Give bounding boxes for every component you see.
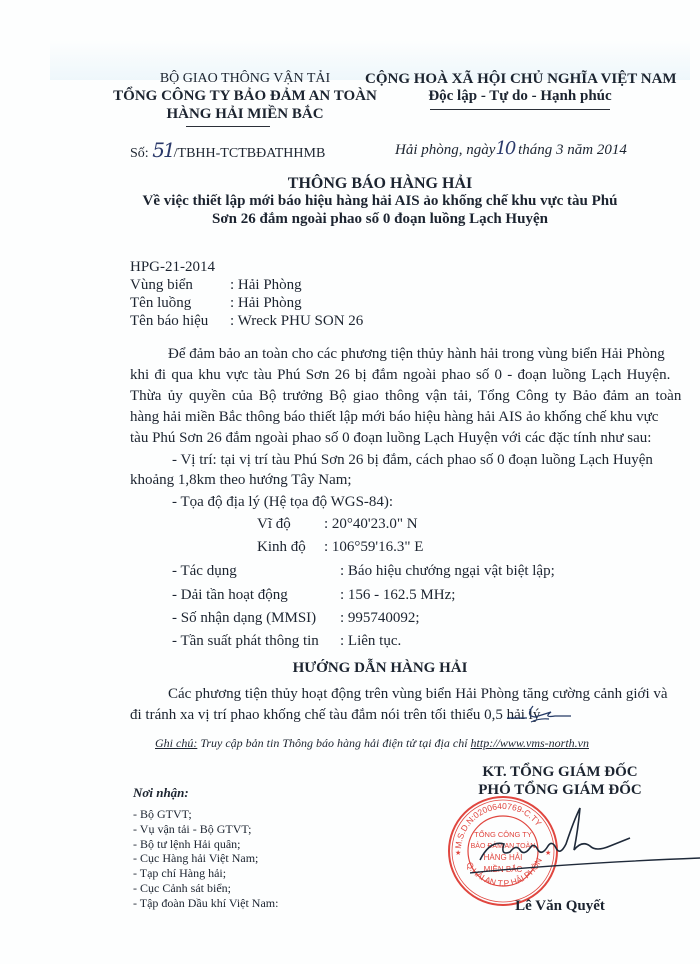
intro-line-4: hàng hải miền Bắc thông báo thiết lập mớ…	[130, 409, 658, 426]
document-date: Hải phòng, ngày10 tháng 3 năm 2014	[395, 138, 627, 159]
document-number-suffix: /TBHH-TCTBĐATHHMB	[174, 146, 326, 161]
website-link[interactable]: http://www.vms-north.vn	[471, 736, 589, 750]
intro-line-3: Thừa ủy quyền của Bộ trưởng Bộ giao thôn…	[130, 388, 681, 405]
organization-name-line1: TỔNG CÔNG TY BẢO ĐẢM AN TOÀN	[100, 88, 390, 105]
document-number: Số: 51/TBHH-TCTBĐATHHMB	[130, 138, 325, 162]
meta-label-channel: Tên luồng	[130, 295, 191, 312]
property-value-function: : Báo hiệu chướng ngại vật biệt lập;	[340, 563, 555, 580]
notice-title: THÔNG BÁO HÀNG HẢI	[100, 175, 660, 193]
signatory-on-behalf: KT. TỔNG GIÁM ĐỐC	[460, 764, 660, 781]
country-name: CỘNG HOÀ XÃ HỘI CHỦ NGHĨA VIỆT NAM	[365, 71, 675, 88]
longitude-value: : 106°59'16.3" E	[324, 539, 423, 556]
meta-value-signal-name: : Wreck PHU SON 26	[230, 313, 363, 330]
note-text: Truy cập bản tin Thông báo hàng hải điện…	[197, 736, 470, 750]
header-right-underline	[430, 109, 610, 110]
latitude-value: : 20°40'23.0" N	[324, 516, 418, 533]
initials-scribble-icon	[505, 700, 575, 726]
notice-subject-line2: Sơn 26 đắm ngoài phao số 0 đoạn luồng Lạ…	[100, 211, 660, 228]
header-left-underline	[186, 126, 270, 127]
guidance-line-2: đi tránh xa vị trí phao khống chế tàu đắ…	[130, 707, 540, 724]
recipient-item: - Tạp chí Hàng hải;	[133, 866, 278, 881]
position-line-1: - Vị trí: tại vị trí tàu Phú Sơn 26 bị đ…	[172, 452, 653, 469]
ministry-name: BỘ GIAO THÔNG VẬN TẢI	[100, 71, 390, 87]
property-label-function: - Tác dụng	[172, 563, 237, 580]
intro-line-1: Để đảm bảo an toàn cho các phương tiện t…	[168, 346, 665, 363]
recipient-item: - Cục Hàng hải Việt Nam;	[133, 851, 278, 866]
organization-name-line2: HÀNG HẢI MIỀN BẮC	[100, 106, 390, 123]
meta-label-region: Vùng biển	[130, 277, 193, 294]
intro-line-5: tàu Phú Sơn 26 đắm ngoài phao số 0 đoạn …	[130, 430, 651, 447]
notice-code: HPG-21-2014	[130, 259, 215, 276]
coordinates-heading: - Tọa độ địa lý (Hệ tọa độ WGS-84):	[172, 494, 393, 511]
recipient-item: - Vụ vận tải - Bộ GTVT;	[133, 822, 278, 837]
position-line-2: khoảng 1,8km theo hướng Tây Nam;	[130, 472, 352, 489]
document-number-prefix: Số:	[130, 146, 152, 161]
date-prefix: Hải phòng, ngày	[395, 142, 495, 158]
longitude-label: Kinh độ	[257, 539, 306, 556]
intro-line-2: khi đi qua khu vực tàu Phú Sơn 26 bị đắm…	[130, 367, 670, 384]
recipient-item: - Bộ tư lệnh Hải quân;	[133, 837, 278, 852]
note-label: Ghi chú:	[155, 736, 197, 750]
recipients-heading: Nơi nhận:	[133, 785, 189, 801]
svg-text:★: ★	[455, 849, 461, 857]
recipients-list: - Bộ GTVT; - Vụ vận tải - Bộ GTVT; - Bộ …	[133, 807, 278, 911]
guidance-line-1: Các phương tiện thủy hoạt động trên vùng…	[168, 686, 668, 703]
meta-value-region: : Hải Phòng	[230, 277, 302, 294]
meta-value-channel: : Hải Phòng	[230, 295, 302, 312]
meta-label-signal-name: Tên báo hiệu	[130, 313, 208, 330]
document-number-handwritten: 51	[152, 138, 173, 162]
property-value-mmsi: : 995740092;	[340, 610, 420, 627]
property-value-frequency: : 156 - 162.5 MHz;	[340, 587, 455, 604]
recipient-item: - Tập đoàn Dầu khí Việt Nam:	[133, 896, 278, 911]
signatory-name: Lê Văn Quyết	[480, 898, 640, 915]
property-value-transmit: : Liên tục.	[340, 633, 401, 650]
date-suffix: tháng 3 năm 2014	[514, 142, 627, 158]
property-label-frequency: - Dải tần hoạt động	[172, 587, 288, 604]
notice-subject-line1: Về việc thiết lập mới báo hiệu hàng hải …	[100, 193, 660, 210]
property-label-mmsi: - Số nhận dạng (MMSI)	[172, 610, 316, 627]
recipient-item: - Bộ GTVT;	[133, 807, 278, 822]
recipient-item: - Cục Cảnh sát biển;	[133, 881, 278, 896]
latitude-label: Vĩ độ	[257, 516, 291, 533]
property-label-transmit: - Tần suất phát thông tin	[172, 633, 319, 650]
date-day-handwritten: 10	[495, 138, 514, 159]
national-motto: Độc lập - Tự do - Hạnh phúc	[365, 88, 675, 105]
guidance-heading: HƯỚNG DẪN HÀNG HẢI	[230, 660, 530, 677]
handwritten-signature-icon	[470, 800, 700, 900]
note: Ghi chú: Truy cập bản tin Thông báo hàng…	[155, 736, 589, 751]
